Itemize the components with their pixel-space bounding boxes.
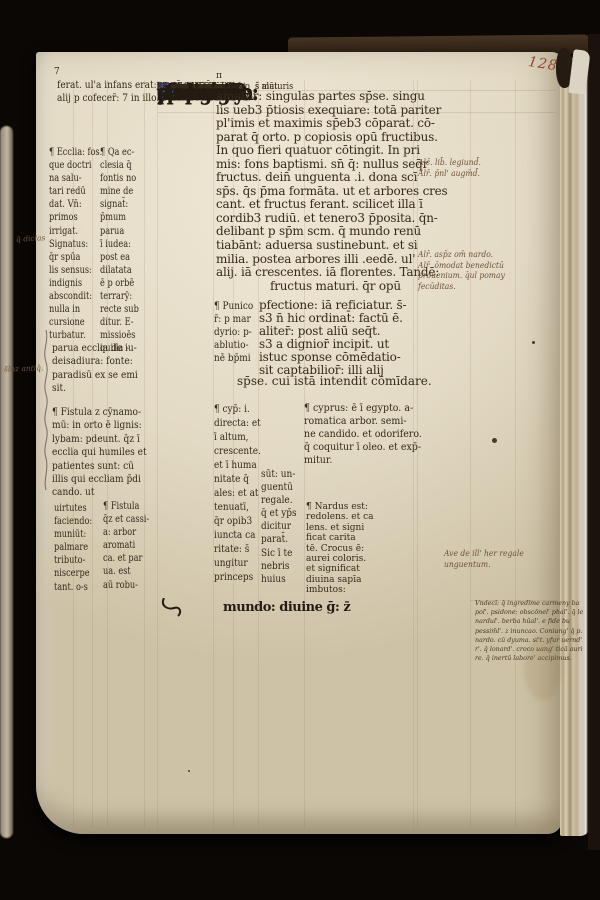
text-line: p̄mum (100, 211, 145, 224)
text-line: dyrio: p- (214, 326, 253, 339)
text-line: regale. (261, 494, 298, 507)
text-line: ne candido. et odorifero. (304, 428, 414, 441)
text-line: missioēs (100, 329, 145, 342)
text-line: prouenium. q̄ul pomay (418, 271, 475, 282)
text-line: tant. o-s (54, 581, 96, 594)
text-line: faciendo: (54, 515, 96, 528)
text-line: ¶ Qa ec- (100, 146, 145, 159)
text-line: ales: et at (214, 486, 253, 500)
text-line: lis ueb3 p̄tiosis exequiare: totā parite… (216, 104, 466, 118)
text-line: directa: et (214, 416, 253, 430)
text-line: sit. (52, 382, 150, 395)
text-line: imbutos: (306, 585, 378, 595)
text-line: recte sub (100, 303, 145, 316)
text-line: cando. ut (52, 486, 153, 499)
text-line: cursione (49, 316, 93, 329)
text-line: post ea (100, 251, 145, 264)
text-line: In quo fieri quatuor cōtingit. In pri (216, 144, 466, 158)
left-gloss-fistula: ¶ Fistula z cȳnamo-mū: in orto ē lignis:… (52, 406, 170, 500)
text-line: dat. Vn̄: (49, 198, 93, 211)
text-line: ablutio- (214, 339, 253, 352)
ink-speck (532, 341, 535, 344)
text-line: q̄ et yp̄s (261, 507, 298, 520)
text-line: que doctri (49, 159, 93, 172)
text-line: pol'. psidone: obscōnel' phal'. q̄ le (475, 608, 561, 617)
text-line: Ave de ill' her regale (444, 549, 558, 560)
text-line: sp̄s. q̄s p̄ma formāta. ut et arbores cr… (216, 185, 466, 199)
commentary-wide-line: sp̄se. cui istā intendit cōmīdare. (237, 374, 600, 388)
commentary-nardus: ¶ Nardus est:redolens. et calens. et sig… (306, 502, 382, 596)
text-line: tenuatī, (214, 500, 253, 514)
text-line: ditur. E- (100, 316, 145, 329)
margin-right-note-1: Alc̄. lib̄. legiund̄.Alr̄. p̄nl' augm̄d̄… (418, 158, 478, 179)
photo-backdrop: 128 7 π q̄ diclas s̄lnz antiq̄. ferat. u… (0, 0, 600, 900)
text-line: mine de (100, 185, 145, 198)
left-gloss-mid: parua ecclia de iu-deisadiura: fonte:par… (52, 342, 166, 396)
text-line: ferat. ul'a infans erat: (57, 79, 153, 92)
text-line: abscondit: (49, 290, 93, 303)
left-gloss-col1b: uirtutesfaciendo:muniūt:palmaretributo-n… (54, 502, 108, 594)
text-line: Vndecī: q̄ ingredīme carmeny ba (475, 599, 561, 608)
text-line: q̄z et cassi- (103, 513, 147, 526)
text-line: ī iudea: (100, 238, 145, 251)
text-line: Alr̄. p̄nl' augm̄d̄. (418, 169, 475, 180)
text-line: Alc̄. lib̄. legiund̄. (418, 158, 475, 169)
margin-left-note-1: q̄ diclas (16, 233, 46, 244)
opposite-folio-edge (0, 126, 13, 838)
text-line: ca. et par (103, 552, 147, 565)
text-line: niscerpe (54, 567, 96, 580)
text-line: lis sensus: (49, 264, 93, 277)
text-line: dilatata (100, 264, 145, 277)
text-line: ¶ Punico (214, 300, 253, 313)
text-line: na salu- (49, 172, 93, 185)
text-line: uirtutes (54, 502, 96, 515)
text-line: clesia q̄ (100, 159, 145, 172)
text-line: unguentum. (444, 560, 558, 571)
text-line: nitate q̄ (214, 472, 253, 486)
text-line: tari redū (49, 185, 93, 198)
text-line: muniūt: (54, 528, 96, 541)
left-intro-gloss: ferat. ul'a infans erat:alij p cofecer̄:… (57, 79, 169, 106)
text-line: q̄r spūa (49, 251, 93, 264)
text-line: ē p orbē (100, 277, 145, 290)
text-line: cordib3 rudiū. et tenero3 p̄posita. q̄n- (216, 212, 466, 226)
left-gloss-col2: ¶ Qa ec-clesia q̄fontis nomine designat̄… (100, 146, 158, 356)
text-line: illis qui eccliam p̄di (52, 473, 153, 486)
text-line: signat̄: (100, 198, 145, 211)
text-line: Signatus: (49, 238, 93, 251)
text-line: parat̄. (261, 533, 298, 546)
text-line: ungitur (214, 556, 253, 570)
text-line: ¶ cyp̄: i. (214, 402, 253, 416)
commentary-perfectione: pfectione: iā reficiatur. s̄-s3 n̄ hic o… (259, 299, 469, 377)
text-line: alij p cofecer̄: 7 in illo. (57, 92, 153, 105)
text-line: q̄r opib3 (214, 514, 253, 528)
text-line: irrigat. (49, 225, 93, 238)
text-line: paradisū ex se emi (52, 369, 150, 382)
text-line: dicitur (261, 520, 298, 533)
text-line: q̄ coquitur ī oleo. et exp̄- (304, 441, 414, 454)
text-line: parua ecclia de iu- (52, 342, 150, 355)
text-line: iuncta ca (214, 528, 253, 542)
fore-edge-leaves (560, 58, 590, 836)
margin-left-note-2: s̄lnz antiq̄. (4, 363, 44, 373)
quire-mark: 7 (54, 67, 60, 77)
text-line: nardul'. berba hūal'. e fide bu (475, 617, 561, 626)
text-line: ¶ Ecclia: fos. (49, 146, 93, 159)
text-line: deisadiura: fonte: (52, 355, 150, 368)
margin-right-note-2: Alr̄. asp̄z om̄ nardo.Alr̄. ōmodat bened… (418, 250, 478, 292)
text-line: palmare (54, 541, 96, 554)
commentary-unguentum: sūt: un-guentūregale.q̄ et yp̄sdiciturpa… (261, 468, 305, 586)
descender-flourish (158, 598, 188, 620)
text-line: guentū (261, 481, 298, 494)
text-line: nebris (261, 560, 298, 573)
text-line: fecūditas. (418, 282, 475, 293)
ink-speck (188, 770, 190, 772)
text-line: parua (100, 225, 145, 238)
text-line: ¶ cyprus: ē ī egypto. a- (304, 402, 414, 415)
text-line: ecclia qui humiles et (52, 446, 153, 459)
text-line: tributo- (54, 554, 96, 567)
text-line: cant. et fructus ferant. scilicet illa ī (216, 198, 466, 212)
text-line: ¶ Fistula (103, 500, 147, 513)
text-line: turbatur. (49, 329, 93, 342)
text-line: mitur. (304, 454, 414, 467)
text-line: delibant p sp̄m scm. q̄ mundo renū (216, 225, 466, 239)
commentary-cypri: ¶ cyp̄: i.directa: etī altum,crescente.e… (214, 402, 260, 584)
text-line: crescente. (214, 444, 253, 458)
text-line: ¶ Fistula z cȳnamo- (52, 406, 153, 419)
text-line: patientes sunt: cū (52, 460, 153, 473)
text-line: Alr̄. ōmodat benedictū (418, 261, 475, 272)
text-line: ritate: s̄ (214, 542, 253, 556)
nota-squiggle (41, 330, 51, 490)
text-line: terrarȳ: (100, 290, 145, 303)
text-line: nulla in (49, 303, 93, 316)
text-line: pl'imis et maximis sp̄eb3 cōparat. cō- (216, 117, 466, 131)
commentary-punico: ¶ Punicor̄: p mardyrio: p-ablutio-nē bp̄… (214, 300, 260, 365)
text-line: Sic ī te (261, 547, 298, 560)
text-line: romatica arbor. semi- (304, 415, 414, 428)
text-line: primos (49, 211, 93, 224)
text-line: parat q̄ orto. p copiosis opū fructibus. (216, 131, 466, 145)
commentary-cyprus: ¶ cyprus: ē ī egypto. a-romatica arbor. … (304, 402, 426, 467)
text-line: aū robu- (103, 579, 147, 592)
text-line: ua. est (103, 565, 147, 578)
text-line: pessim̄l'. z inuncao. Coniung' q̄ p. (475, 627, 561, 636)
text-line: et ī huma (214, 458, 253, 472)
text-line: lybam: pdeunt. q̄z ī (52, 433, 153, 446)
text-line: mū: in orto ē lignis: (52, 419, 153, 432)
text-line: Alr̄. asp̄z om̄ nardo. (418, 250, 475, 261)
text-line: huius (261, 573, 298, 586)
text-line: princeps (214, 570, 253, 584)
margin-right-note-3: Ave de ill' her regaleunguentum. (444, 549, 564, 570)
parchment-stain (524, 636, 562, 700)
text-line: sūt: un- (261, 468, 298, 481)
left-gloss-col2b: ¶ Fistulaq̄z et cassi-a: arboraromatica.… (103, 500, 159, 592)
text-line: r̄: p mar (214, 313, 253, 326)
text-line: fontis no (100, 172, 145, 185)
left-gloss-col1: ¶ Ecclia: fos.que doctrina salu-tari red… (49, 146, 105, 342)
text-line: a: arbor (103, 526, 147, 539)
text-line: amator: singulas partes sp̄se. singu (216, 90, 466, 104)
text-line: nē bp̄mi (214, 352, 253, 365)
text-line: ī altum, (214, 430, 253, 444)
text-line: aromati (103, 539, 147, 552)
text-line: indignis (49, 277, 93, 290)
ink-speck (492, 438, 497, 443)
